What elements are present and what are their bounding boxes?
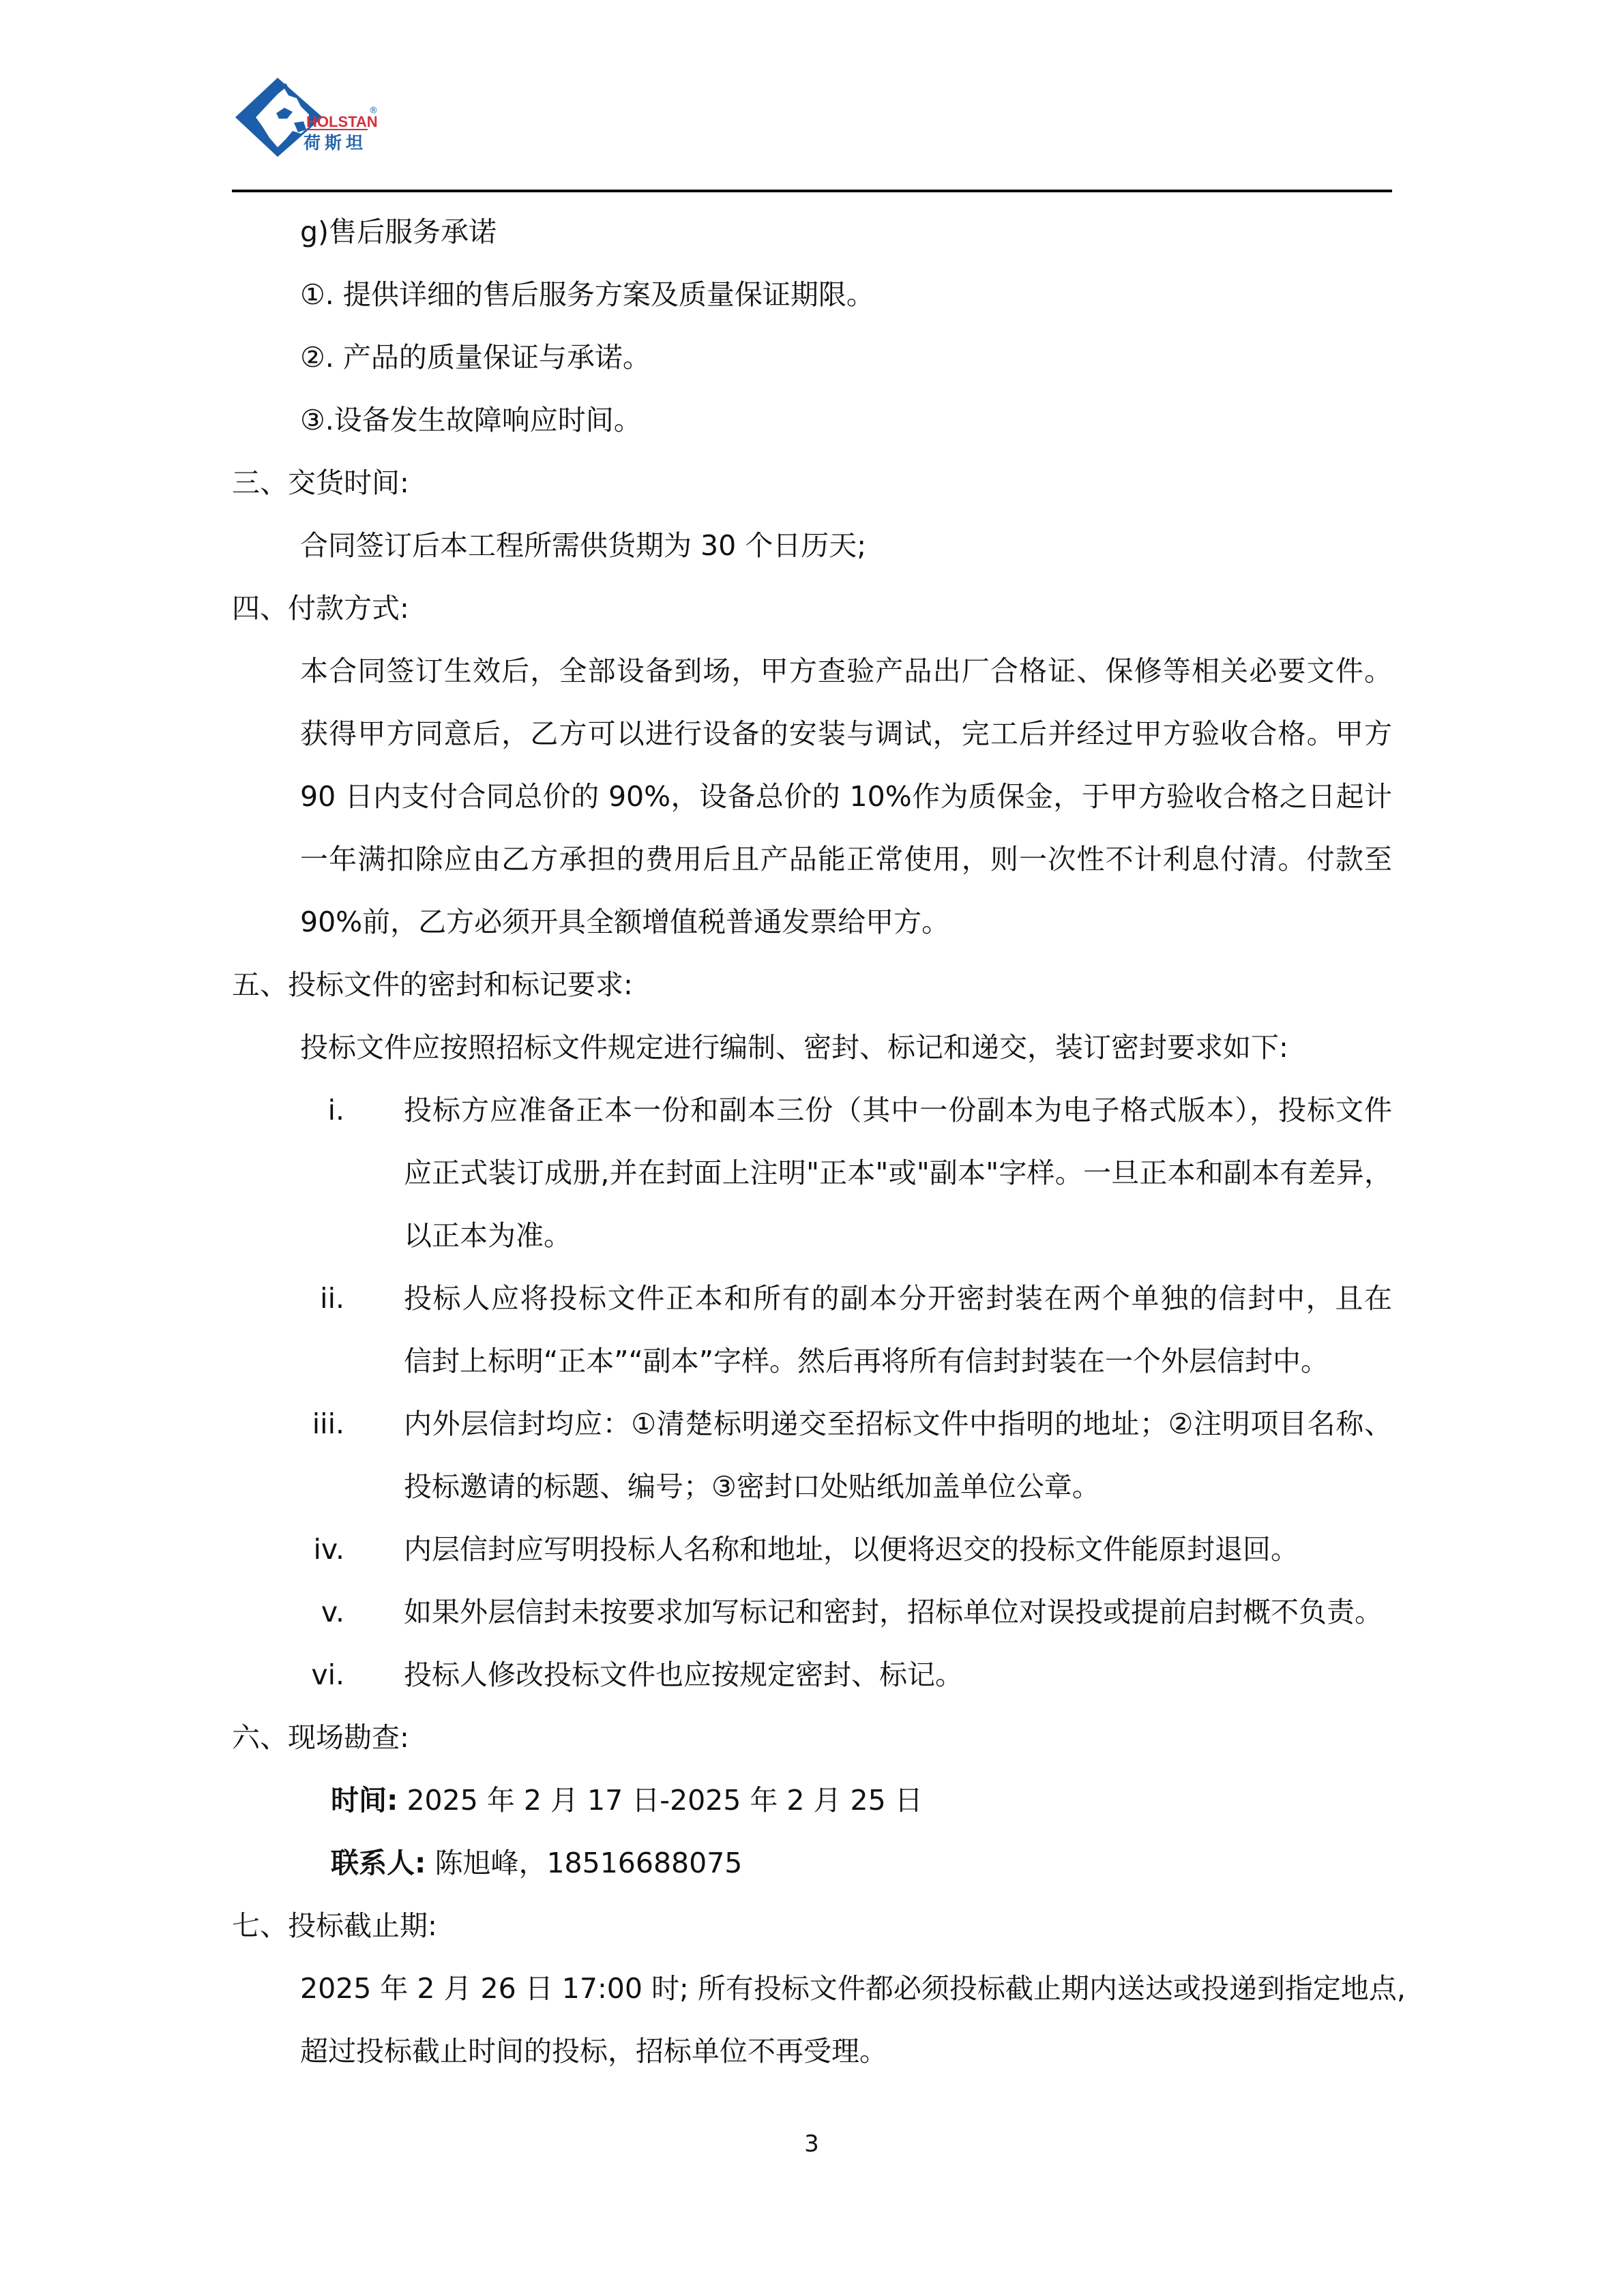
- list-marker-iii: iii.: [283, 1407, 344, 1441]
- list-marker-ii: ii.: [283, 1281, 344, 1315]
- section-7-line-1: 2025 年 2 月 26 日 17:00 时; 所有投标文件都必须投标截止期内…: [300, 1971, 1392, 2006]
- list-item-iv-line-1: 内层信封应写明投标人名称和地址，以便将迟交的投标文件能原封退回。: [404, 1532, 1299, 1566]
- list-item-i-line-2: 应正式装订成册,并在封面上注明"正本"或"副本"字样。一旦正本和副本有差异，: [404, 1156, 1392, 1190]
- list-marker-i: i.: [283, 1093, 344, 1127]
- svg-text:荷斯坦: 荷斯坦: [304, 133, 367, 153]
- svg-text:HOLSTAN: HOLSTAN: [306, 113, 378, 130]
- section-4-line-5: 90%前，乙方必须开具全额增值税普通发票给甲方。: [300, 905, 949, 939]
- time-value: 2025 年 2 月 17 日-2025 年 2 月 25 日: [398, 1784, 922, 1817]
- contact-label: 联系人:: [331, 1847, 426, 1879]
- list-marker-vi: vi.: [283, 1658, 344, 1692]
- section-g-item-1: ①. 提供详细的售后服务方案及质量保证期限。: [300, 278, 874, 312]
- section-4-line-2: 获得甲方同意后，乙方可以进行设备的安装与调试，完工后并经过甲方验收合格。甲方: [300, 717, 1392, 751]
- list-item-ii-line-2: 信封上标明“正本”“副本”字样。然后再将所有信封封装在一个外层信封中。: [404, 1344, 1329, 1378]
- list-item-iii-line-1: 内外层信封均应：①清楚标明递交至招标文件中指明的地址；②注明项目名称、: [404, 1407, 1392, 1441]
- list-item-iii-line-2: 投标邀请的标题、编号；③密封口处贴纸加盖单位公章。: [404, 1470, 1100, 1504]
- section-3-body: 合同签订后本工程所需供货期为 30 个日历天;: [300, 528, 866, 563]
- list-item-ii-line-1: 投标人应将投标文件正本和所有的副本分开密封装在两个单独的信封中，且在: [404, 1281, 1392, 1315]
- section-5-intro: 投标文件应按照招标文件规定进行编制、密封、标记和递交，装订密封要求如下:: [300, 1030, 1288, 1064]
- list-item-i-line-3: 以正本为准。: [404, 1219, 572, 1253]
- section-g-item-2: ②. 产品的质量保证与承诺。: [300, 340, 651, 374]
- section-g-title: g)售后服务承诺: [300, 215, 497, 249]
- page-number: 3: [798, 2129, 825, 2159]
- list-marker-v: v.: [283, 1595, 344, 1629]
- list-item-vi-line-1: 投标人修改投标文件也应按规定密封、标记。: [404, 1658, 963, 1692]
- section-4-line-4: 一年满扣除应由乙方承担的费用后且产品能正常使用，则一次性不计利息付清。付款至: [300, 842, 1392, 876]
- header-rule: [232, 190, 1392, 192]
- svg-text:®: ®: [369, 106, 378, 116]
- contact-value: 陈旭峰，18516688075: [426, 1847, 742, 1879]
- list-item-i-line-1: 投标方应准备正本一份和副本三份（其中一份副本为电子格式版本），投标文件: [404, 1093, 1392, 1127]
- section-7-heading: 七、投标截止期:: [232, 1909, 437, 1943]
- section-7-line-2: 超过投标截止时间的投标，招标单位不再受理。: [300, 2034, 887, 2068]
- list-item-v-line-1: 如果外层信封未按要求加写标记和密封，招标单位对误投或提前启封概不负责。: [404, 1595, 1383, 1629]
- site-visit-time: 时间: 2025 年 2 月 17 日-2025 年 2 月 25 日: [331, 1783, 923, 1817]
- site-visit-contact: 联系人: 陈旭峰，18516688075: [331, 1846, 742, 1880]
- section-4-line-1: 本合同签订生效后，全部设备到场，甲方查验产品出厂合格证、保修等相关必要文件。: [300, 654, 1392, 688]
- section-3-heading: 三、交货时间:: [232, 466, 409, 500]
- section-4-heading: 四、付款方式:: [232, 591, 409, 625]
- list-marker-iv: iv.: [283, 1532, 344, 1566]
- section-g-item-3: ③.设备发生故障响应时间。: [300, 403, 642, 437]
- section-4-line-3: 90 日内支付合同总价的 90%，设备总价的 10%作为质保金，于甲方验收合格之…: [300, 779, 1392, 814]
- section-5-heading: 五、投标文件的密封和标记要求:: [232, 968, 633, 1002]
- section-6-heading: 六、现场勘查:: [232, 1720, 409, 1755]
- company-logo: HOLSTAN 荷斯坦 ®: [235, 74, 382, 161]
- time-label: 时间:: [331, 1784, 398, 1817]
- holstan-cow-logo-icon: HOLSTAN 荷斯坦 ®: [235, 74, 382, 161]
